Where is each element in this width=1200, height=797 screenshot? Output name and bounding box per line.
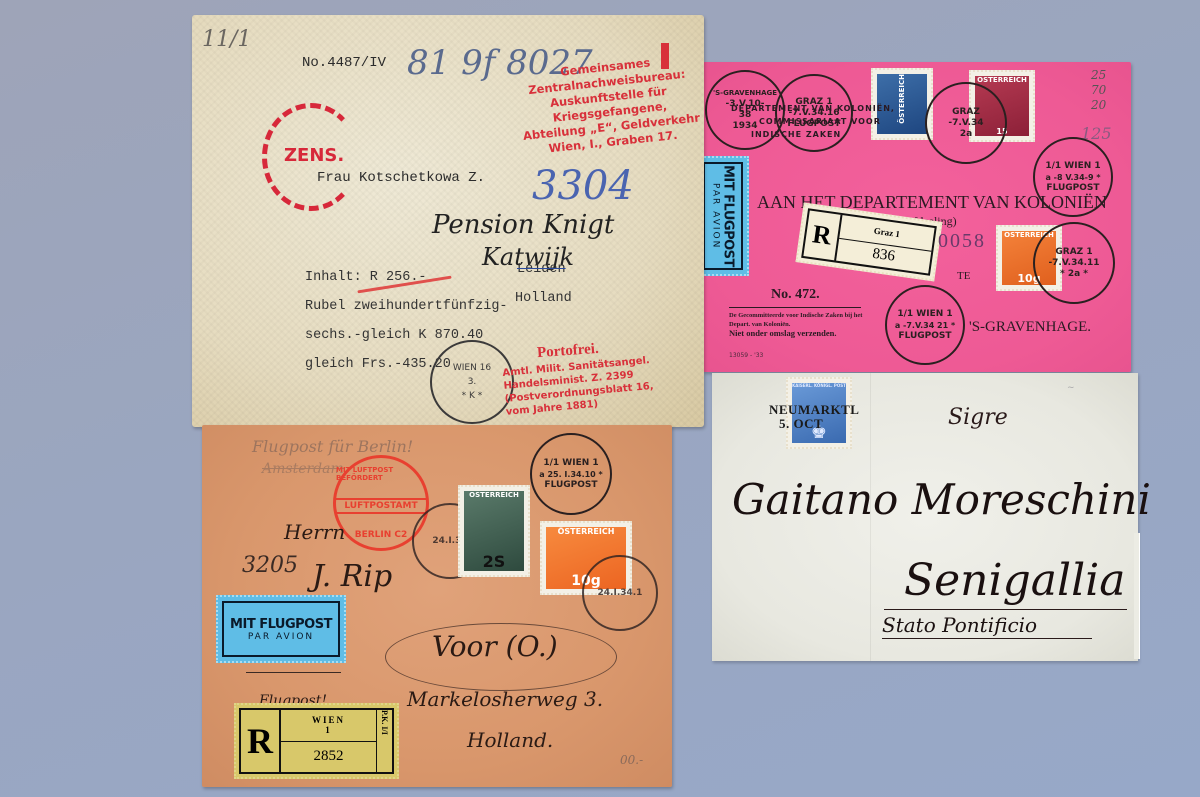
underline: [884, 609, 1127, 610]
commissioner-text: De Gecommitteerde voor Indische Zaken bi…: [729, 311, 864, 329]
instruction-text: Niet onder omslag verzenden.: [729, 328, 837, 338]
postage-free-text: Amtl. Milit. Sanitätsangel. Handelsminis…: [502, 352, 676, 419]
destination-state: Stato Pontificio: [882, 613, 1037, 637]
addressee: Gaitano Moreschini: [732, 475, 1151, 524]
handstamp-number: 0058: [938, 230, 986, 253]
town-cancel: NEUMARKTL 5. OCT: [769, 403, 859, 431]
pencil-note: Flugpost für Berlin!: [252, 437, 413, 456]
registration-label: R WIEN 1 2852 P.K. I/I: [234, 703, 399, 779]
addressee-name: J. Rip: [312, 559, 392, 594]
salutation: Sigre: [948, 405, 1008, 430]
censor-mark: ZENS.: [284, 145, 344, 166]
pencil-note-struck: Amsterdam: [262, 461, 344, 477]
destination-city: Senigallia: [904, 555, 1125, 606]
pow-money-cover: 11/1 No.4487/IV 81 9f 8027 Gemeinsames Z…: [192, 15, 704, 427]
green-eagle-stamp: ÖSTERREICH2S: [458, 485, 530, 577]
department-overprint: DEPARTEMENT VAN KOLONIËN, COMMISSARIAAT …: [731, 102, 895, 141]
airmail-label: MIT FLUGPOST PAR AVION: [697, 156, 749, 276]
reference-number: No.4487/IV: [302, 55, 386, 71]
destination-country: Holland: [515, 291, 572, 306]
pencil-number: 3205: [242, 553, 298, 578]
addressee: Frau Kotschetkowa Z.: [317, 170, 485, 186]
blue-pencil-number: 3304: [532, 163, 634, 209]
graz-cancel-lower: GRAZ 1 -7.V.34.11 * 2a *: [1033, 222, 1115, 304]
airmail-label: MIT FLUGPOST PAR AVION: [216, 595, 346, 663]
corner-pencil-mark: ~: [1067, 383, 1075, 393]
divider: [729, 307, 861, 308]
addressee-country: Holland.: [467, 728, 553, 752]
print-code: 13059 - '33: [729, 352, 763, 359]
wien-postmark: WIEN 16 3. * K *: [430, 340, 514, 424]
underline: [882, 638, 1092, 639]
partial-cancel-right: 24.I.34.1: [582, 555, 658, 631]
struck-city: Leiden: [517, 262, 566, 277]
pencil-notes: 25 70 20: [1091, 68, 1106, 113]
pencil-price: 00.-: [620, 753, 643, 767]
wien-flugpost-cancel: 1/1 WIEN 1 a 25. I.34.10 * FLUGPOST: [530, 433, 612, 515]
red-cross-bureau-stamp: Gemeinsames Zentralnachweisbureau: Ausku…: [510, 50, 708, 159]
addressee-street: Markelosherweg 3.: [407, 687, 603, 711]
airmail-registered-cover: Flugpost für Berlin! Amsterdam MIT LUFTP…: [202, 425, 672, 787]
form-number: No. 472.: [771, 287, 820, 303]
te-label: TE: [957, 270, 970, 282]
wien-flugpost-cancel-lower: 1/1 WIEN 1 a -7.V.34 21 * FLUGPOST: [885, 285, 965, 365]
pencil-mark: 11/1: [202, 27, 251, 52]
address-script-line-1: Pension Knigt: [432, 210, 614, 240]
destination-city: 'S-GRAVENHAGE.: [969, 319, 1091, 336]
colonies-registered-card: 25 70 20 125 ÖSTERREICH ÖSTERREICH15 'S-…: [703, 62, 1131, 372]
salutation: Herrn: [284, 520, 345, 544]
letter-back-sheet: [1134, 533, 1140, 659]
divider: [246, 672, 341, 673]
folded-letter: KAISERL. KÖNIGL. POST♚ NEUMARKTL 5. OCT …: [712, 373, 1138, 661]
addressee-city: Voor (O.): [432, 630, 558, 663]
graz-cancel-upper: GRAZ -7.V.34 2a: [925, 82, 1007, 164]
